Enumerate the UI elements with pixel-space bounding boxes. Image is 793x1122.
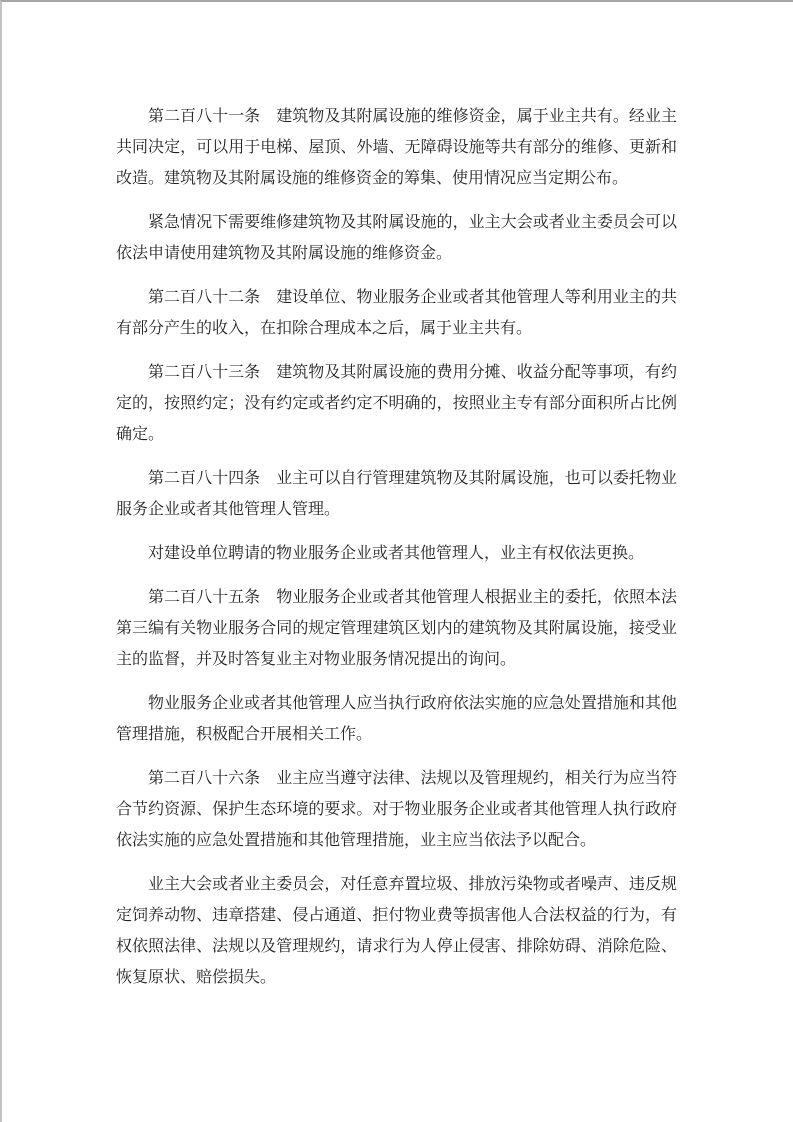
article-281-paragraph-1: 第二百八十一条 建筑物及其附属设施的维修资金，属于业主共有。经业主共同决定，可以… bbox=[116, 101, 677, 194]
article-283-paragraph: 第二百八十三条 建筑物及其附属设施的费用分摊、收益分配等事项，有约定的，按照约定… bbox=[116, 357, 677, 450]
article-284-paragraph-2: 对建设单位聘请的物业服务企业或者其他管理人，业主有权依法更换。 bbox=[116, 538, 677, 569]
article-285-paragraph-1: 第二百八十五条 物业服务企业或者其他管理人根据业主的委托，依照本法第三编有关物业… bbox=[116, 582, 677, 675]
article-282-paragraph: 第二百八十二条 建设单位、物业服务企业或者其他管理人等利用业主的共有部分产生的收… bbox=[116, 282, 677, 344]
article-281-paragraph-2: 紧急情况下需要维修建筑物及其附属设施的，业主大会或者业主委员会可以依法申请使用建… bbox=[116, 207, 677, 269]
document-page: 第二百八十一条 建筑物及其附属设施的维修资金，属于业主共有。经业主共同决定，可以… bbox=[0, 0, 793, 1122]
article-286-paragraph-1: 第二百八十六条 业主应当遵守法律、法规以及管理规约，相关行为应当符合节约资源、保… bbox=[116, 763, 677, 856]
article-286-paragraph-2: 业主大会或者业主委员会，对任意弃置垃圾、排放污染物或者噪声、违反规定饲养动物、违… bbox=[116, 869, 677, 993]
article-284-paragraph-1: 第二百八十四条 业主可以自行管理建筑物及其附属设施，也可以委托物业服务企业或者其… bbox=[116, 463, 677, 525]
article-285-paragraph-2: 物业服务企业或者其他管理人应当执行政府依法实施的应急处置措施和其他管理措施，积极… bbox=[116, 688, 677, 750]
